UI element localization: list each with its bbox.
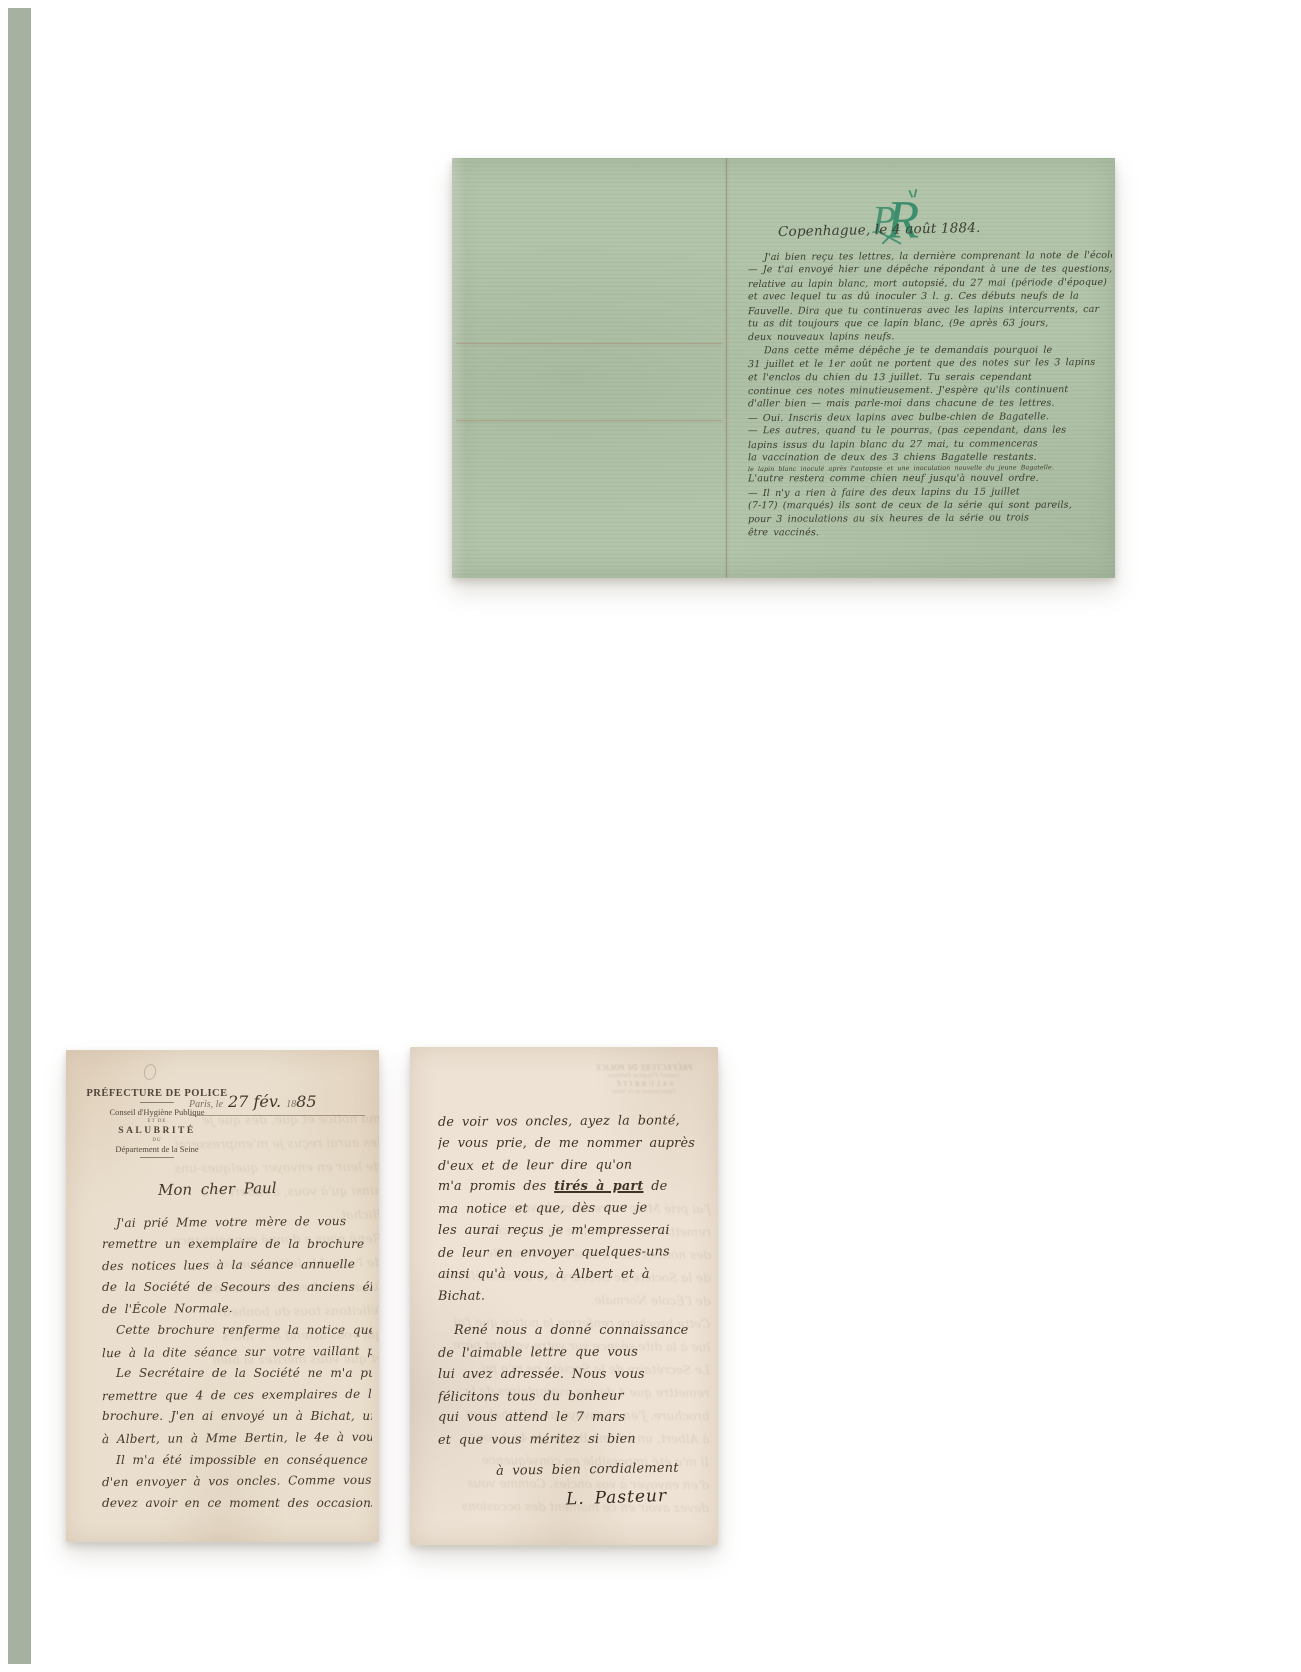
center-fold-line (726, 158, 727, 578)
letterhead-rule (140, 1157, 174, 1158)
handwritten-line: de leur en envoyer quelques-uns (438, 1241, 706, 1265)
handwritten-line: brochure. J'en ai envoyé un à Bichat, un (102, 1406, 372, 1428)
handwriting-block: ma notice et que, dès que jeles aurai re… (438, 1198, 706, 1451)
pasteur-signature: L. Pasteur (566, 1484, 707, 1511)
handwritten-line: les aurai reçus je m'empresserai (438, 1220, 706, 1242)
handwritten-line: Il m'a été impossible en conséquence (102, 1450, 372, 1472)
ghost-letterhead-title: PRÉFECTURE DE POLICE (574, 1063, 714, 1072)
green-monogram-icon: R P (870, 184, 936, 250)
ghost-letterhead-departement: Département de la Seine (574, 1088, 714, 1095)
handwritten-line: 31 juillet et le 1er août ne portent que… (748, 356, 1112, 372)
second-page-paper: PRÉFECTURE DE POLICE Conseil d'Hygiène P… (410, 1047, 718, 1545)
handwritten-line: des notices lues à la séance annuelle (102, 1254, 372, 1278)
horizontal-crease (456, 420, 722, 421)
ghost-letterhead-salubrite: SALUBRITÉ (574, 1079, 714, 1088)
handwritten-line: — Je t'ai envoyé hier une dépêche répond… (748, 263, 1112, 277)
printed-century: 18 (286, 1099, 296, 1110)
second-page-handwriting: de voir vos oncles, ayez la bonté,je vou… (438, 1111, 706, 1509)
handwritten-line: d'en envoyer à vos oncles. Comme vous (102, 1470, 372, 1494)
police-letter-handwriting: J'ai prié Mme votre mère de vousremettre… (102, 1212, 372, 1514)
handwritten-line: Le Secrétaire de la Société ne m'a pu (102, 1363, 372, 1385)
underline-post: de (643, 1179, 667, 1194)
handwritten-line: d'aller bien — mais parle-moi dans chacu… (748, 397, 1112, 411)
handwritten-day: 27 fév. (228, 1092, 281, 1111)
handwritten-line: lue à la dite séance sur votre vaillant … (102, 1340, 372, 1364)
handwritten-line: devez avoir en ce moment des occasions (102, 1493, 372, 1515)
dateline: Paris, le 27 fév. 1885 (189, 1092, 365, 1116)
printed-paris-le: Paris, le (189, 1099, 223, 1110)
handwritten-line: L'autre restera comme chien neuf jusqu'à… (748, 472, 1112, 486)
handwritten-line: ma notice et que, dès que je (438, 1197, 706, 1221)
ghost-letterhead-sub: Conseil d'Hygiène Publique (574, 1072, 714, 1079)
handwritten-line: deux nouveaux lapins neufs. (748, 329, 1112, 345)
underlined-phrase: tirés à part (554, 1179, 643, 1194)
letterhead-du: DU (78, 1138, 236, 1143)
underline-pre: m'a promis des (438, 1179, 554, 1194)
handwritten-year: 85 (296, 1092, 316, 1111)
show-through-letterhead: PRÉFECTURE DE POLICE Conseil d'Hygiène P… (574, 1063, 714, 1095)
handwritten-line: Cette brochure renferme la notice que j'… (102, 1320, 372, 1342)
handwritten-line: de la Société de Secours des anciens élè… (102, 1277, 372, 1299)
salutation: Mon cher Paul (158, 1179, 277, 1199)
handwritten-line: être vaccinés. (748, 525, 1112, 539)
handwritten-line: — Il n'y a rien à faire des deux lapins … (748, 484, 1112, 500)
horizontal-crease (456, 343, 722, 344)
handwritten-line: lui avez adressée. Nous vous (438, 1364, 706, 1386)
embossed-stamp (142, 1063, 157, 1081)
letterhead-departement: Département de la Seine (78, 1144, 236, 1154)
handwriting-block: de voir vos oncles, ayez la bonté,je vou… (438, 1111, 706, 1176)
handwritten-line: d'eux et de leur dire qu'on (438, 1154, 706, 1178)
handwritten-line: la vaccination de deux des 3 chiens Baga… (748, 451, 1112, 465)
letterhead-salubrite: SALUBRITÉ (78, 1126, 236, 1136)
handwritten-line: félicitons tous du bonheur (438, 1385, 706, 1409)
handwritten-line: de voir vos oncles, ayez la bonté, (438, 1110, 706, 1134)
handwritten-line: de l'École Normale. (102, 1297, 372, 1321)
letterhead-et-de: ET DE (78, 1119, 236, 1124)
handwritten-line-with-underline: m'a promis des tirés à part de (438, 1176, 706, 1198)
handwritten-line: ainsi qu'à vous, à Albert et à (438, 1264, 706, 1286)
green-letter-handwriting: J'ai bien reçu tes lettres, la dernière … (748, 250, 1112, 539)
handwritten-line: qui vous attend le 7 mars (438, 1407, 706, 1429)
handwritten-line: J'ai prié Mme votre mère de vous (102, 1211, 372, 1235)
police-letter-paper: ma notice et que, dès que jeles aurai re… (66, 1050, 379, 1542)
handwritten-line: René nous a donné connaissance (438, 1320, 706, 1342)
handwritten-line: remettre un exemplaire de la brochure (102, 1234, 372, 1256)
handwritten-line: — Les autres, quand tu le pourras, (pas … (748, 424, 1112, 438)
handwritten-line: à Albert, un à Mme Bertin, le 4e à vous. (102, 1427, 372, 1451)
handwritten-line: Bichat. (438, 1284, 706, 1308)
handwritten-line: et que vous méritez si bien (438, 1428, 706, 1452)
green-letter-dateline: Copenhague, le 4 août 1884. (778, 220, 981, 240)
handwritten-line: je vous prie, de me nommer auprès (438, 1133, 706, 1155)
catalog-accent-bar (8, 8, 31, 1664)
green-letter-paper: R P Copenhague, le 4 août 1884. J'ai bie… (452, 158, 1115, 578)
letterhead-rule (140, 1102, 174, 1103)
closing-line: à vous bien cordialement (496, 1457, 706, 1482)
handwritten-line: remettre que 4 de ces exemplaires de la (102, 1384, 372, 1408)
handwritten-line: de l'aimable lettre que vous (438, 1341, 706, 1365)
handwritten-line: pour 3 inoculations au six heures de la … (748, 511, 1112, 527)
handwritten-line: et avec lequel tu as dû inoculer 3 l. g.… (748, 290, 1112, 304)
